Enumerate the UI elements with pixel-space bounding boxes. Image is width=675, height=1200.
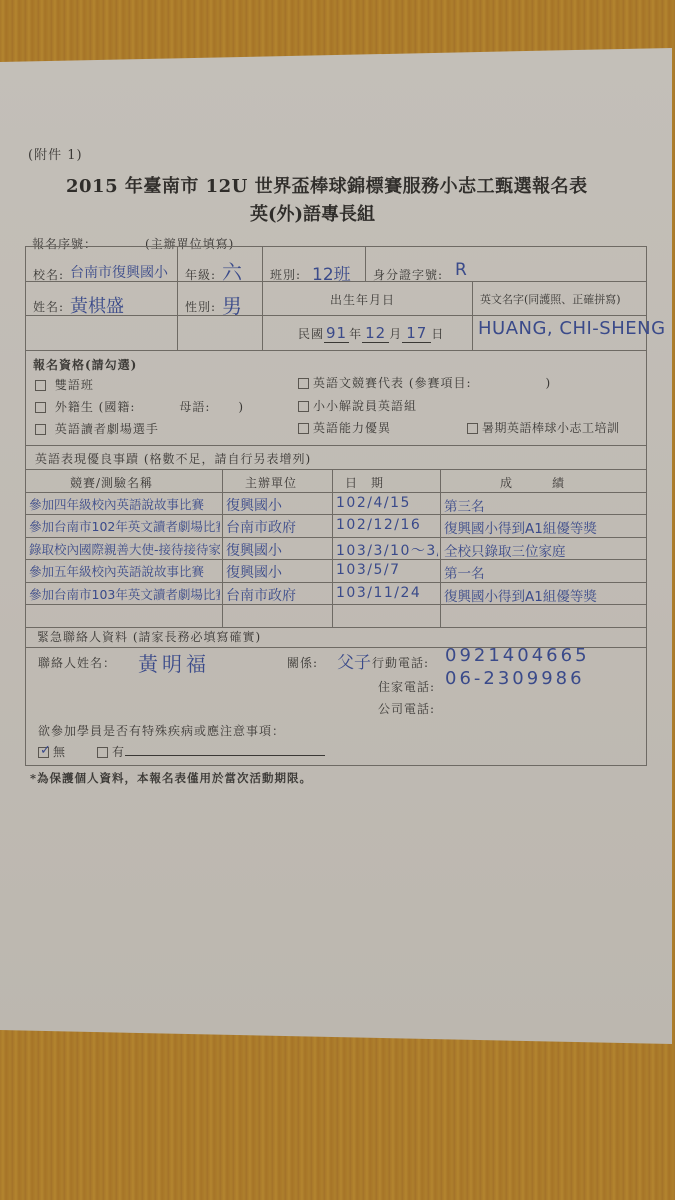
serial-label: 報名序號： [32,235,97,252]
achievement-result-cell[interactable]: 第三名 [444,495,485,515]
checkbox[interactable] [35,402,46,413]
achievement-date-cell[interactable]: 103/11/24 [336,585,421,601]
achievement-name-cell[interactable]: 錄取校內國際親善大使-接待接待家庭 [29,540,220,558]
table-border-left [25,246,26,765]
achievement-name-cell[interactable]: 參加台南市102年英文讀者劇場比賽 [29,517,220,535]
birth-year[interactable]: 91 [324,324,349,343]
contact-name-field[interactable]: 黃明福 [138,648,210,677]
birth-header: 出生年月日 [330,291,395,308]
achievement-name-cell[interactable]: 參加五年級校內英語說故事比賽 [29,562,204,580]
row-divider [25,582,647,583]
grade-field[interactable]: 六 [222,256,242,285]
achievements-heading: 英語表現優良事蹟 (格數不足，請自行另表增列) [35,450,311,467]
achievement-date-cell[interactable]: 102/4/15 [336,495,411,511]
class-field[interactable]: 12班 [312,260,351,285]
name-field[interactable]: 黃棋盛 [70,292,124,318]
achievement-organizer-cell[interactable]: 台南市政府 [226,585,296,605]
serial-note: (主辦單位填寫) [145,235,234,252]
birth-year-unit: 年 [349,327,362,341]
achievement-result-cell[interactable]: 全校只錄取三位家庭 [444,540,566,560]
mobile-field[interactable]: 0921404665 [445,645,590,666]
registration-form-paper: (附件 1) 2015 年臺南市 12U 世界盃棒球錦標賽服務小志工甄選報名表 … [0,48,672,1044]
qualification-proficiency[interactable]: 英語能力優異 [298,419,391,436]
class-label: 班別: [270,266,301,283]
qualification-bilingual[interactable]: 雙語班 [35,376,94,393]
birth-day[interactable]: 17 [402,324,431,343]
qualification-competition[interactable]: 英語文競賽代表 (參賽項目:) [298,374,551,391]
qualification-foreign[interactable]: 外籍生 (國籍:母語:) [35,398,244,415]
achievement-result-cell[interactable]: 第一名 [444,562,485,582]
checkbox[interactable] [97,747,108,758]
attachment-label: (附件 1) [28,144,83,163]
qualifications-heading: 報名資格(請勾選) [33,356,137,373]
birth-date-field[interactable]: 民國91年12月17日 [298,324,444,343]
option-label: 有 [112,745,125,759]
achievement-date-cell[interactable]: 103/3/10～3/24 [336,540,438,560]
option-suffix: ) [238,400,244,414]
achievement-organizer-cell[interactable]: 復興國小 [226,495,282,515]
achievement-organizer-cell[interactable]: 台南市政府 [226,517,296,537]
checkbox[interactable] [35,380,46,391]
birth-prefix: 民國 [298,327,324,341]
name-label: 姓名: [33,298,64,315]
serial-field[interactable] [258,244,268,245]
school-label: 校名: [33,266,64,283]
qualification-readers-theater[interactable]: 英語讀者劇場選手 [35,420,159,437]
col-divider [472,281,473,350]
checkbox-checked[interactable] [38,747,49,758]
grade-label: 年級: [185,266,216,283]
contact-name-label: 聯絡人姓名： [38,654,116,671]
col-divider [177,246,178,350]
achievement-result-cell[interactable]: 復興國小得到A1組優等獎 [444,517,597,537]
option-label: 英語能力優異 [313,421,391,435]
column-header: 日 期 [345,474,384,491]
option-label: 外籍生 (國籍: [55,400,136,414]
option-label: 雙語班 [55,378,94,392]
col-divider [222,469,223,627]
checkbox[interactable] [298,423,309,434]
achievement-date-cell[interactable]: 103/5/7 [336,562,400,578]
checkbox[interactable] [298,401,309,412]
english-name-header: 英文名字(同護照、正確拼寫) [480,291,621,307]
option-label: 暑期英語棒球小志工培訓 [482,421,620,435]
health-detail-field[interactable] [125,743,325,756]
option-mid: 母語: [179,400,210,414]
column-header: 主辦單位 [245,474,297,491]
health-option-yes[interactable]: 有 [97,743,325,760]
row-divider [25,492,647,493]
birth-day-unit: 日 [431,327,444,341]
column-header: 成 績 [500,474,565,491]
id-field[interactable]: R [455,260,467,280]
achievement-name-cell[interactable]: 參加四年級校內英語說故事比賽 [29,495,204,513]
achievement-date-cell[interactable]: 102/12/16 [336,517,421,533]
health-option-none[interactable]: 無 [38,743,66,760]
col-divider [262,246,263,350]
relation-field[interactable]: 父子 [337,648,371,673]
checkbox[interactable] [298,378,309,389]
qualification-docent[interactable]: 小小解說員英語組 [298,397,417,414]
form-subtitle: 英(外)語專長組 [250,200,375,226]
row-divider [25,469,647,470]
option-label: 英語文競賽代表 (參賽項目: [313,376,472,390]
section-divider [25,445,647,446]
birth-month-unit: 月 [389,327,402,341]
english-name-field[interactable]: HUANG, CHI-SHENG [478,318,666,339]
option-suffix: ) [546,376,552,390]
privacy-note: *為保護個人資料，本報名表僅用於當次活動期限。 [30,770,312,786]
mobile-label: 行動電話: [372,654,429,671]
option-label: 英語讀者劇場選手 [55,422,159,436]
table-border-bottom [25,765,647,766]
checkbox[interactable] [467,423,478,434]
gender-label: 性別: [185,298,216,315]
gender-field[interactable]: 男 [222,290,242,319]
id-label: 身分證字號: [373,266,443,283]
row-divider [25,514,647,515]
office-phone-label: 公司電話: [378,700,435,717]
option-label: 小小解說員英語組 [313,399,417,413]
qualification-summer-training[interactable]: 暑期英語棒球小志工培訓 [467,419,620,436]
emergency-heading: 緊急聯絡人資料 (請家長務必填寫確實) [37,628,261,645]
home-phone-field[interactable]: 06-2309986 [445,668,585,689]
home-phone-label: 住家電話: [378,678,435,695]
table-border-top [25,246,647,247]
achievement-result-cell[interactable]: 復興國小得到A1組優等獎 [444,585,597,605]
school-field[interactable]: 台南市復興國小 [70,262,168,282]
col-divider [440,469,441,627]
col-divider [365,246,366,281]
achievement-name-cell[interactable]: 參加台南市103年英文讀者劇場比賽 [29,585,220,603]
option-label: 無 [53,745,66,759]
achievement-organizer-cell[interactable]: 復興國小 [226,562,282,582]
achievement-organizer-cell[interactable]: 復興國小 [226,540,282,560]
relation-label: 關係: [287,654,318,671]
column-header: 競賽/測驗名稱 [70,474,153,491]
col-divider [332,469,333,627]
health-question: 欲參加學員是否有特殊疾病或應注意事項： [38,722,285,739]
row-divider [25,350,647,351]
checkbox[interactable] [35,424,46,435]
form-title: 2015 年臺南市 12U 世界盃棒球錦標賽服務小志工甄選報名表 [66,172,588,198]
birth-month[interactable]: 12 [362,324,389,343]
